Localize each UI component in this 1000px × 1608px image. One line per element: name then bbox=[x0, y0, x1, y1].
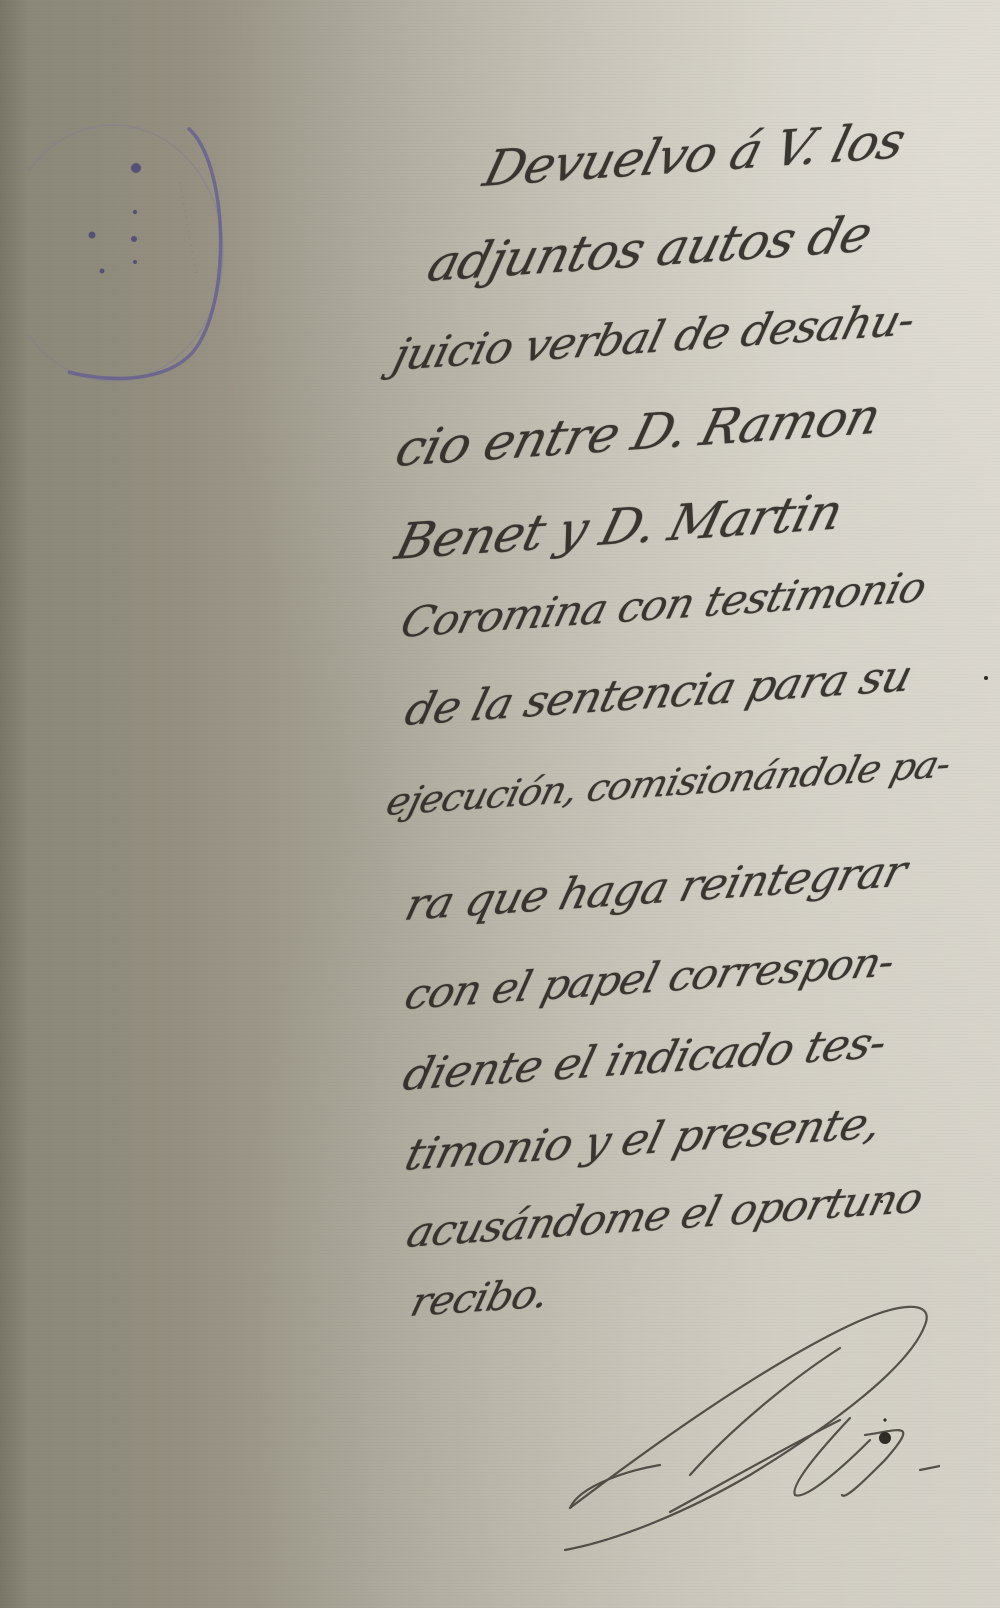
letter-line-5: Benet y D. Martin bbox=[390, 483, 848, 571]
svg-text:· · · · · · · · · · · · · ·: · · · · · · · · · · · · · · bbox=[173, 180, 202, 275]
ink-speck bbox=[984, 676, 988, 680]
letter-line-11: diente el indicado tes- bbox=[398, 1017, 891, 1101]
letter-line-7: de la sentencia para su bbox=[400, 651, 917, 736]
letter-line-13: acusándome el oportuno bbox=[402, 1173, 928, 1257]
letter-line-4: cio entre D. Ramon bbox=[390, 387, 886, 478]
letter-line-12: timonio y el presente, bbox=[400, 1098, 886, 1181]
letter-line-14: recibo. bbox=[406, 1271, 553, 1326]
document-page: · · · · · · · · · · · · · · Devuelvo á V… bbox=[0, 0, 1000, 1608]
ink-speck bbox=[880, 1200, 883, 1203]
letter-line-8: ejecución, comisionándole pa- bbox=[382, 742, 955, 824]
oval-stamp: · · · · · · · · · · · · · · bbox=[28, 122, 228, 384]
letter-line-1: Devuelvo á V. los bbox=[478, 112, 911, 198]
letter-line-10: con el papel correspon- bbox=[400, 937, 899, 1019]
page-edge-shadow bbox=[0, 0, 30, 1608]
letter-line-3: juicio verbal de desahu- bbox=[388, 295, 920, 381]
stamp-icon: · · · · · · · · · · · · · · bbox=[28, 122, 228, 384]
letter-line-9: ra que haga reintegrar bbox=[400, 846, 911, 931]
letter-line-6: Coromina con testimonio bbox=[396, 562, 931, 647]
letter-line-2: adjuntos autos de bbox=[422, 205, 877, 293]
ink-speck bbox=[887, 1212, 889, 1214]
